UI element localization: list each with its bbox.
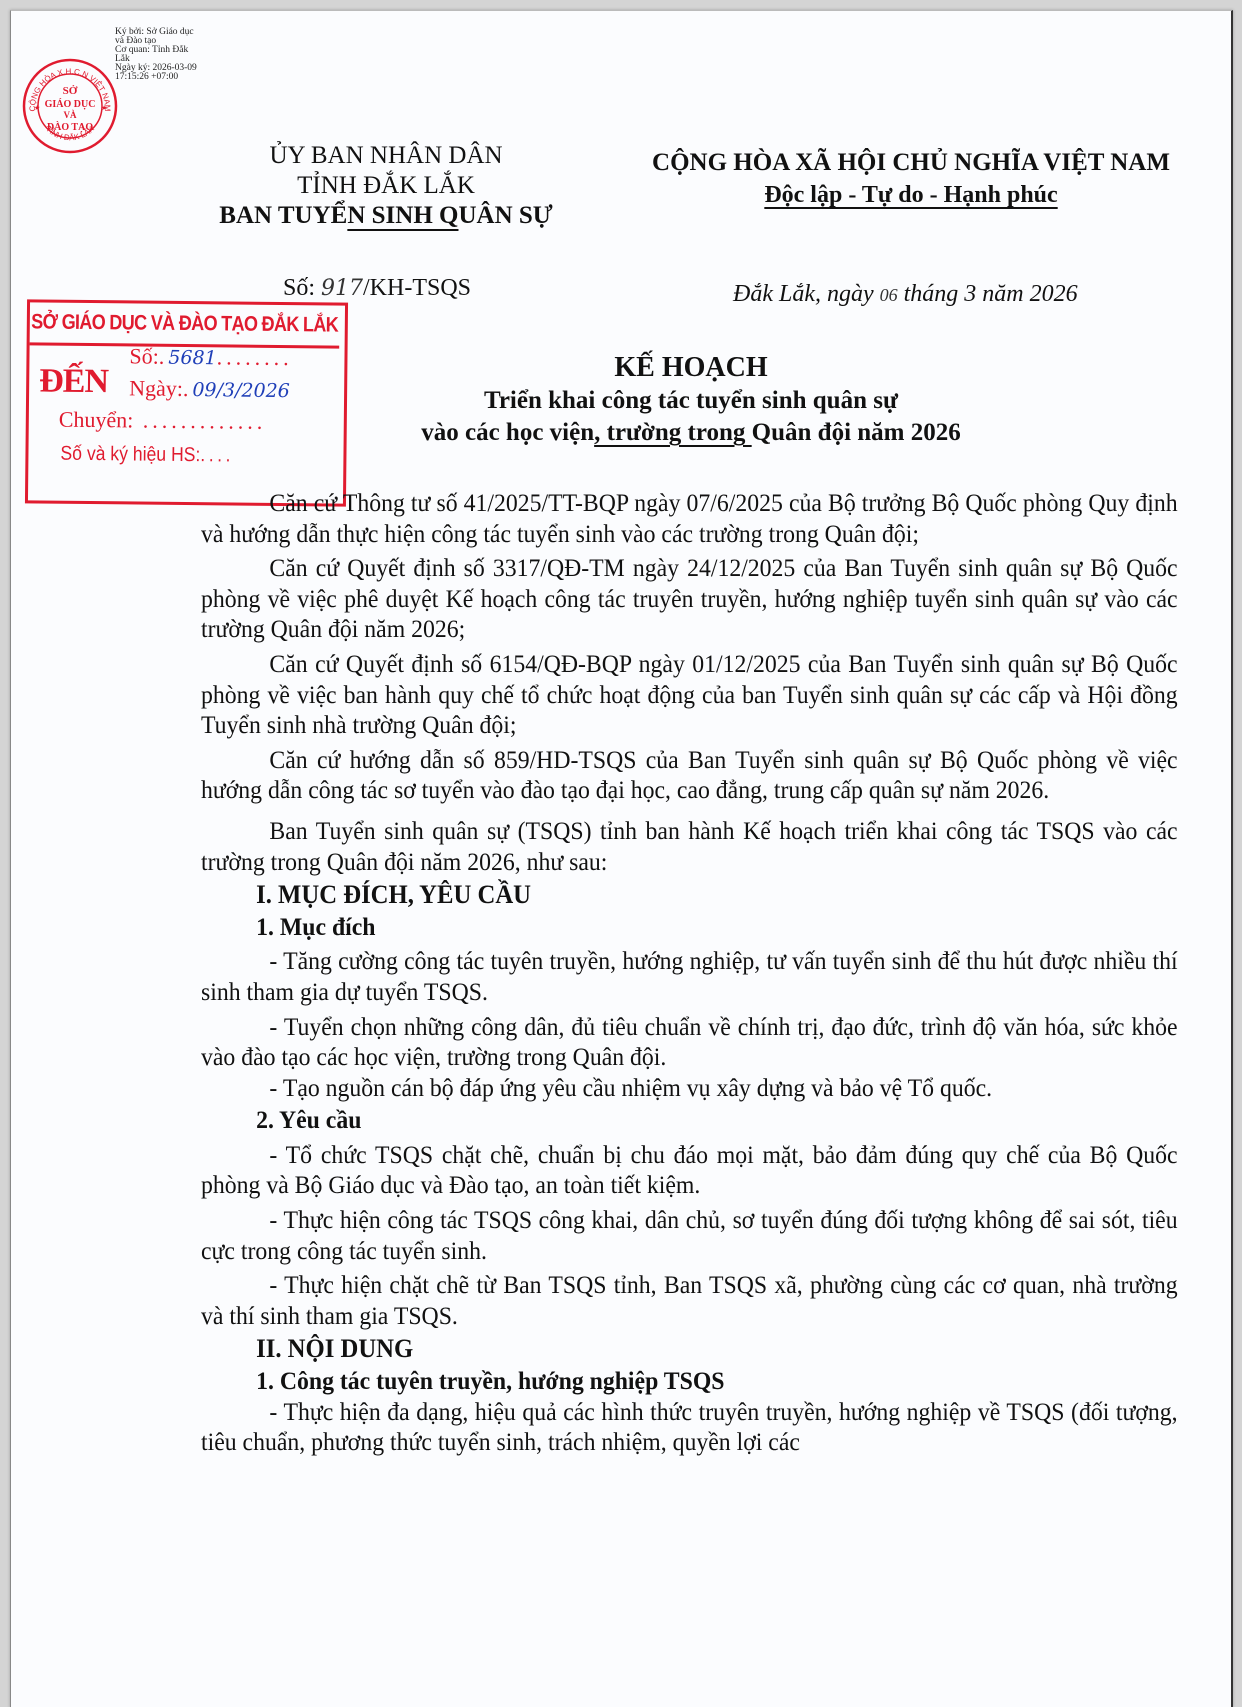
- received-stamp: SỞ GIÁO DỤC VÀ ĐÀO TẠO ĐẮK LẮK ĐẾN Số:.5…: [25, 299, 348, 506]
- authority-line-3: BAN TUYỂN SINH QUÂN SỰ: [181, 201, 591, 231]
- list-item: - Thực hiện chặt chẽ từ Ban TSQS tỉnh, B…: [201, 1271, 1178, 1332]
- section-2-title: II. NỘI DUNG: [201, 1334, 1178, 1365]
- document-page: Ký bởi: Sở Giáo dục và Đào tạo Cơ quan: …: [10, 10, 1233, 1707]
- legal-basis-1: Căn cứ Thông tư số 41/2025/TT-BQP ngày 0…: [201, 489, 1178, 550]
- stamp-agency: SỞ GIÁO DỤC VÀ ĐÀO TẠO ĐẮK LẮK: [30, 302, 340, 348]
- national-motto: Độc lập - Tự do - Hạnh phúc: [764, 182, 1057, 208]
- list-item: - Tổ chức TSQS chặt chẽ, chuẩn bị chu đá…: [201, 1141, 1178, 1202]
- document-body: Căn cứ Thông tư số 41/2025/TT-BQP ngày 0…: [201, 489, 1178, 1459]
- svg-text:★: ★: [34, 104, 40, 112]
- svg-text:VÀ: VÀ: [64, 110, 77, 120]
- list-item: - Thực hiện công tác TSQS công khai, dân…: [201, 1206, 1178, 1267]
- list-item: - Thực hiện đa dạng, hiệu quả các hình t…: [201, 1398, 1178, 1459]
- document-number: Số: 917/KH-TSQS: [283, 275, 471, 302]
- svg-text:SỞ: SỞ: [63, 85, 78, 97]
- section-2-sub1-title: 1. Công tác tuyên truyền, hướng nghiệp T…: [201, 1367, 1178, 1398]
- section-1-title: I. MỤC ĐÍCH, YÊU CẦU: [201, 880, 1178, 911]
- stamp-so-ky-hieu-row: Số và ký hiệu HS:....: [60, 443, 234, 468]
- stamp-ngay-value: 09/3/2026: [192, 379, 290, 402]
- title-line-1: Triển khai công tác tuyển sinh quân sự: [311, 385, 1071, 417]
- legal-basis-3: Căn cứ Quyết định số 6154/QĐ-BQP ngày 01…: [201, 650, 1178, 742]
- svg-text:GIÁO DỤC: GIÁO DỤC: [45, 98, 96, 110]
- national-title: CỘNG HÒA XÃ HỘI CHỦ NGHĨA VIỆT NAM: [631, 147, 1191, 179]
- intro-paragraph: Ban Tuyển sinh quân sự (TSQS) tỉnh ban h…: [201, 817, 1178, 878]
- svg-text:ĐÀO TẠO: ĐÀO TẠO: [47, 121, 93, 133]
- section-1-sub2-title: 2. Yêu cầu: [201, 1106, 1178, 1137]
- section-1-sub1-title: 1. Mục đích: [201, 913, 1178, 944]
- signature-line: Cơ quan: Tỉnh Đắk: [115, 46, 235, 55]
- list-item: - Tăng cường công tác tuyên truyền, hướn…: [201, 947, 1178, 1008]
- list-item: - Tuyển chọn những công dân, đủ tiêu chu…: [201, 1013, 1178, 1074]
- stamp-ngay-row: Ngày:.09/3/2026: [129, 375, 290, 403]
- title-line-2: vào các học viện, trường trong Quân đội …: [311, 417, 1071, 449]
- svg-text:★: ★: [101, 104, 107, 112]
- stamp-so-row: Số:.5681........: [129, 343, 292, 371]
- handwritten-day: 06: [880, 285, 898, 305]
- list-item: - Tạo nguồn cán bộ đáp ứng yêu cầu nhiệm…: [201, 1074, 1178, 1105]
- stamp-so-value: 5681: [168, 347, 217, 370]
- legal-basis-2: Căn cứ Quyết định số 3317/QĐ-TM ngày 24/…: [201, 554, 1178, 646]
- handwritten-number: 917: [321, 276, 363, 301]
- stamp-den-label: ĐẾN: [39, 362, 108, 401]
- issuing-authority: ỦY BAN NHÂN DÂN TỈNH ĐẮK LẮK BAN TUYỂN S…: [181, 141, 591, 231]
- digital-signature-info: Ký bởi: Sở Giáo dục và Đào tạo Cơ quan: …: [115, 28, 235, 82]
- title-heading: KẾ HOẠCH: [311, 351, 1071, 385]
- authority-line-1: ỦY BAN NHÂN DÂN: [181, 141, 591, 171]
- stamp-chuyen-row: Chuyển: .............: [59, 407, 267, 435]
- authority-line-2: TỈNH ĐẮK LẮK: [181, 171, 591, 201]
- document-date: Đắk Lắk, ngày 06 tháng 3 năm 2026: [733, 281, 1078, 308]
- document-title: KẾ HOẠCH Triển khai công tác tuyển sinh …: [311, 351, 1071, 449]
- signature-line: 17:15:26 +07:00: [115, 73, 235, 82]
- national-header: CỘNG HÒA XÃ HỘI CHỦ NGHĨA VIỆT NAM Độc l…: [631, 147, 1191, 211]
- legal-basis-4: Căn cứ hướng dẫn số 859/HD-TSQS của Ban …: [201, 746, 1178, 807]
- official-seal-icon: CỘNG HÒA X.H.C.N VIỆT NAM TỈNH ĐẮK LẮK S…: [21, 57, 119, 155]
